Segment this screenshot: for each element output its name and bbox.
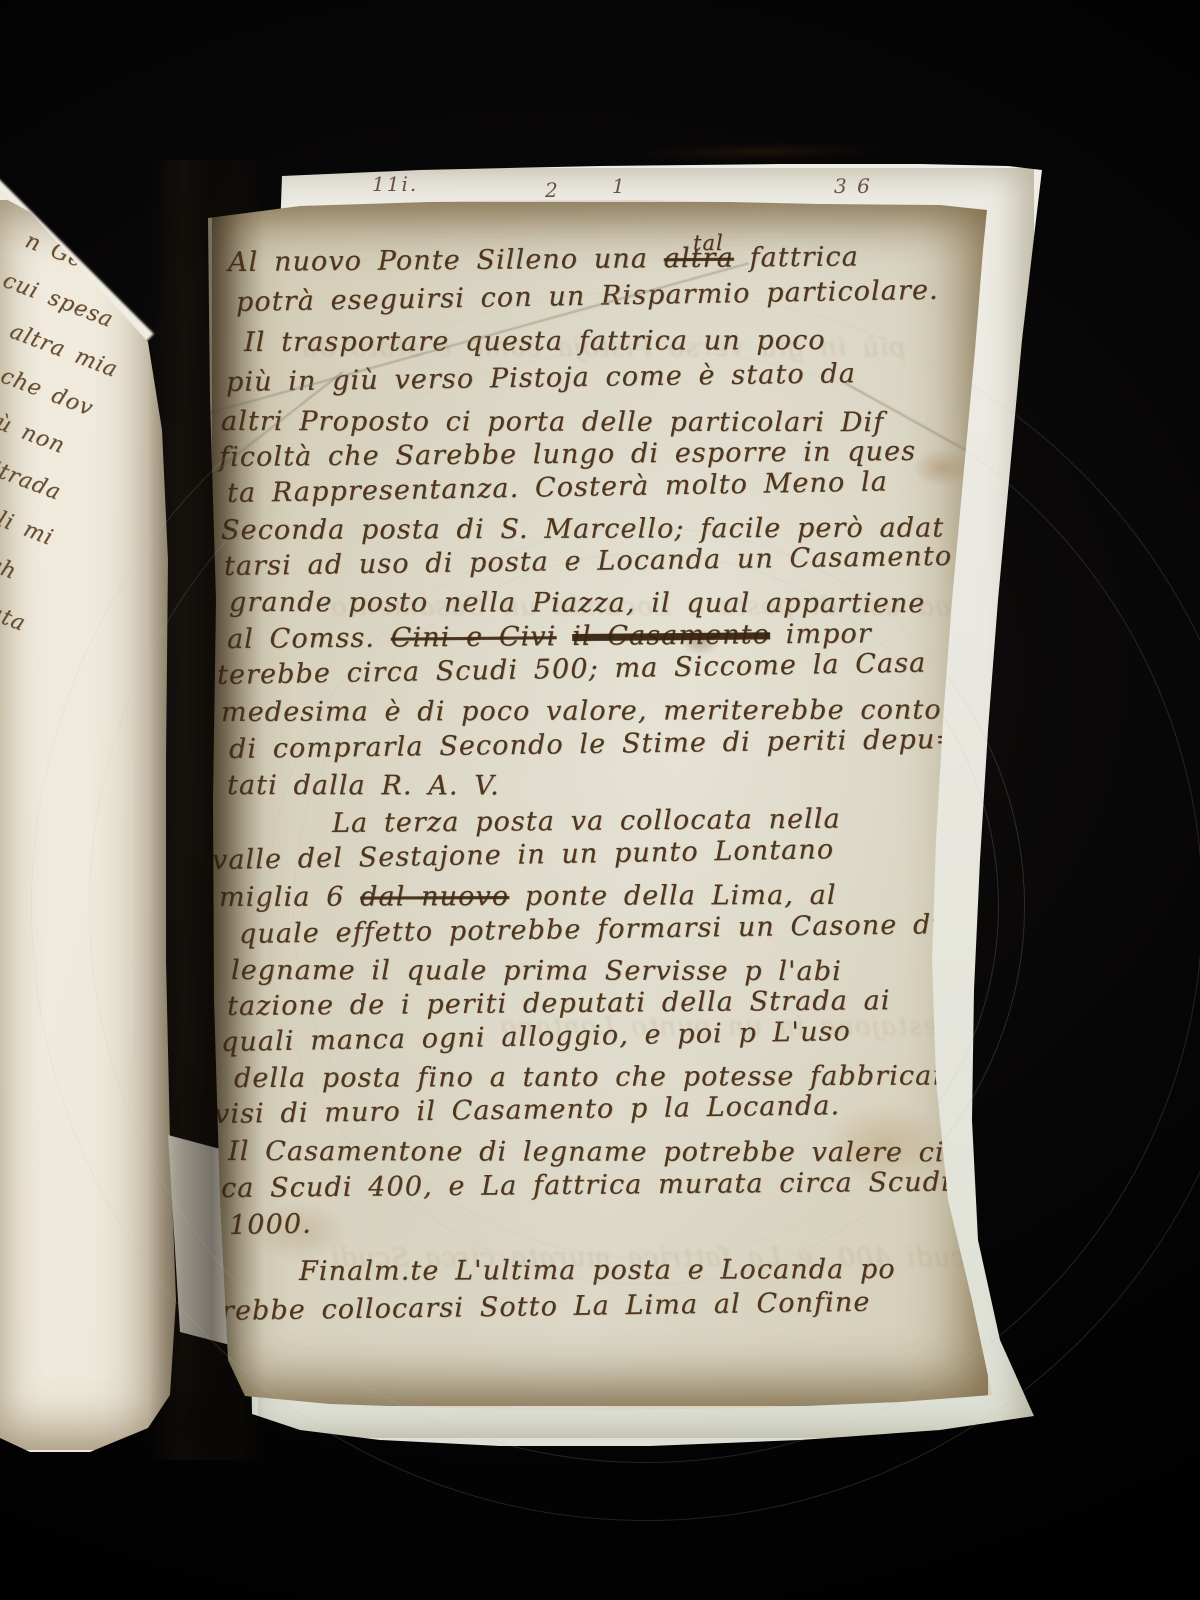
struck-word: altra [664,243,734,275]
left-page-line: pitali mi [0,402,60,560]
gutter-foot-shadow [140,1370,260,1480]
folio-number: 2 [545,178,560,202]
folio-number: 1 [612,174,627,198]
manuscript-line: Al nuovo Ponte Silleno una altra fattric… [228,242,859,278]
folio-number: 3 6 [834,174,872,198]
manuscript-photograph: le possa Cirn Generalea i cui spesaaltra… [0,0,1200,1600]
left-page-line: Sola Strada [0,360,68,515]
left-page-line: ti di più non [0,318,72,469]
watermark-ring-icon [31,291,1200,1521]
left-page-line: di circa Scud [0,528,4,683]
edge-dirt-smudge [636,142,886,161]
interlinear-insertion: tal [693,231,724,255]
left-leaf-torn-edge [0,150,154,358]
folio-number: 11i. [372,172,418,196]
left-page-line: ul danaro ch [0,444,24,595]
left-page-line: la Cassata [0,486,33,646]
